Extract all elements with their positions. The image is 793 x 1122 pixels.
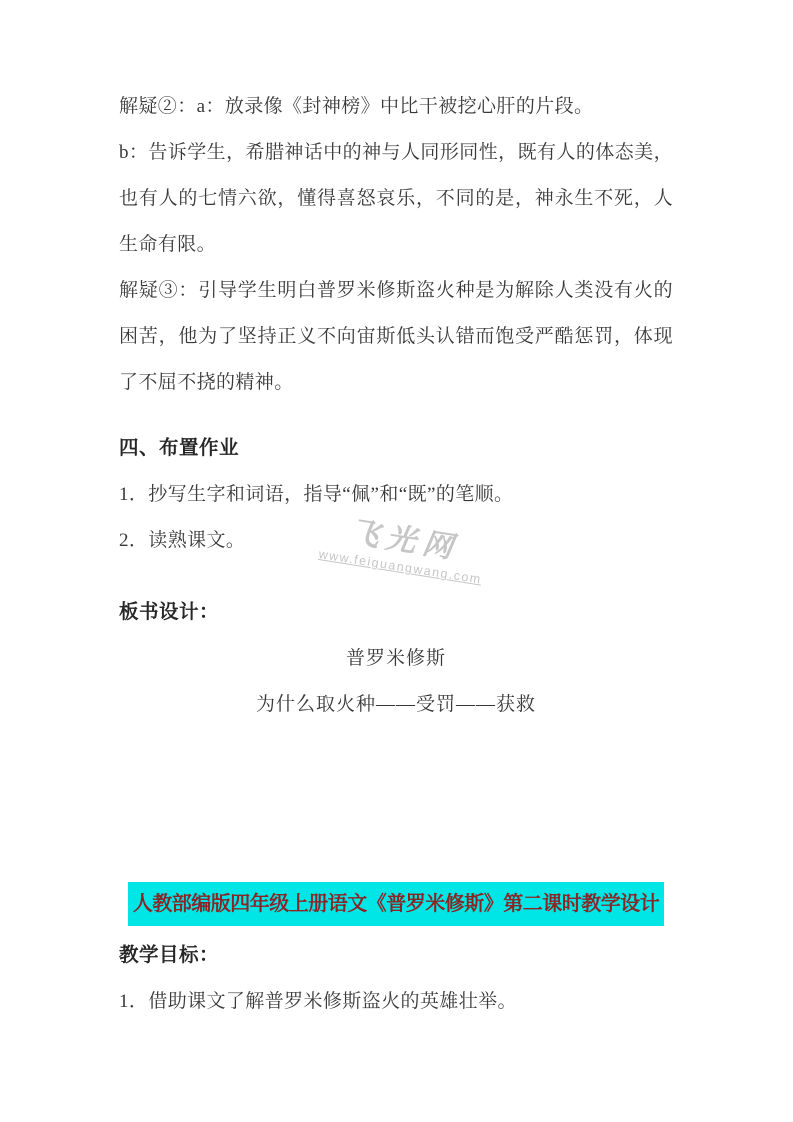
board-design-heading: 板书设计： [119,590,673,636]
board-line-flow: 为什么取火种——受罚——获救 [119,682,673,728]
goal-item-1: 1．借助课文了解普罗米修斯盗火的英雄壮举。 [119,979,673,1025]
homework-heading: 四、布置作业 [119,426,673,472]
homework-item-2: 2．读熟课文。 [119,518,673,564]
homework-item-1: 1．抄写生字和词语，指导“佩”和“既”的笔顺。 [119,472,673,518]
paragraph-jieyi-3: 解疑③：引导学生明白普罗米修斯盗火种是为解除人类没有火的困苦，他为了坚持正义不向… [119,268,673,406]
paragraph-jieyi-2: 解疑②：a：放录像《封神榜》中比干被挖心肝的片段。 [119,84,673,130]
next-section-title-row: 人教部编版四年级上册语文《普罗米修斯》第二课时教学设计 [119,882,673,927]
teaching-goals-heading: 教学目标： [119,933,673,979]
paragraph-b: b：告诉学生，希腊神话中的神与人同形同性，既有人的体态美，也有人的七情六欲，懂得… [119,130,673,268]
section-title-highlighted: 人教部编版四年级上册语文《普罗米修斯》第二课时教学设计 [128,882,665,926]
board-line-title: 普罗米修斯 [119,636,673,682]
document-page: 解疑②：a：放录像《封神榜》中比干被挖心肝的片段。 b：告诉学生，希腊神话中的神… [0,0,793,1122]
